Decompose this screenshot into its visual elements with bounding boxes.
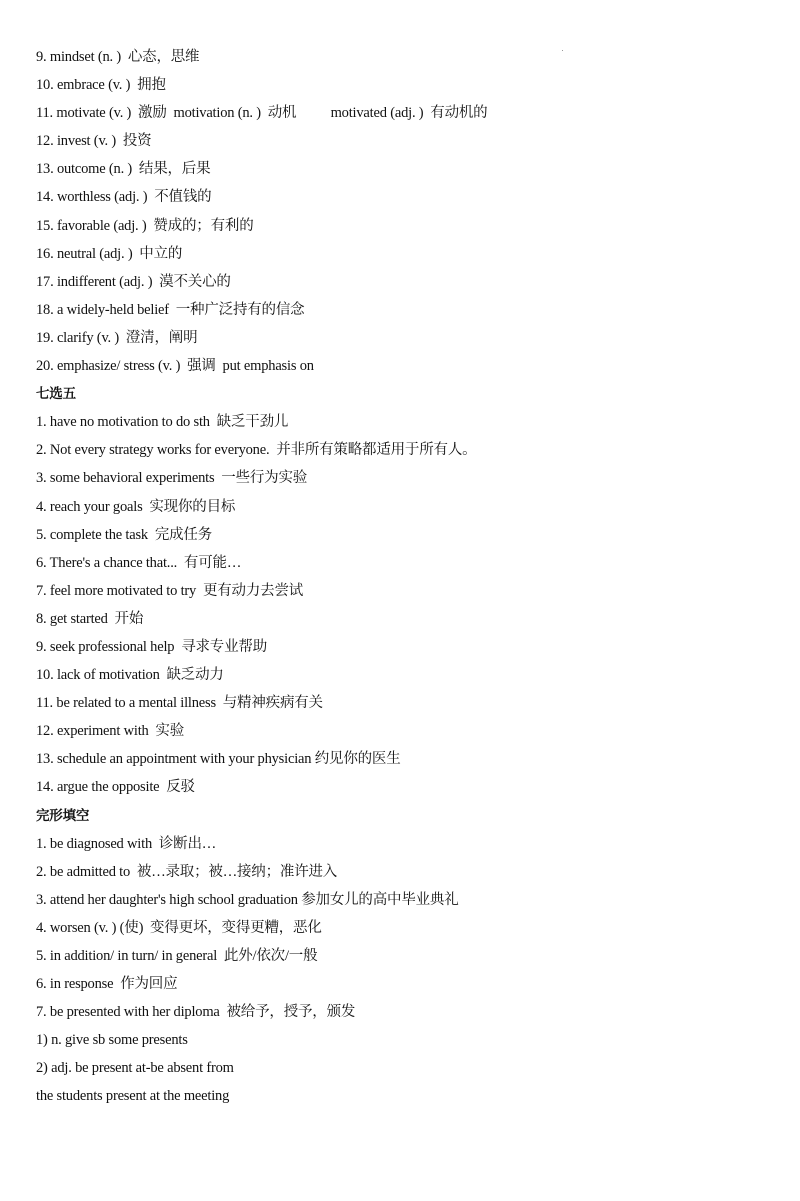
phrase-item: 6. in response 作为回应 — [36, 970, 776, 998]
phrase-item: 2. be admitted to 被…录取；被…接纳；准许进入 — [36, 858, 776, 886]
section-heading-cloze: 完形填空 — [36, 802, 776, 830]
phrase-item: 5. in addition/ in turn/ in general 此外/依… — [36, 942, 776, 970]
phrase-item: 3. some behavioral experiments 一些行为实验 — [36, 464, 776, 492]
vocab-item: 18. a widely-held belief 一种广泛持有的信念 — [36, 296, 776, 324]
phrase-item: 3. attend her daughter's high school gra… — [36, 886, 776, 914]
phrase-item: 7. feel more motivated to try 更有动力去尝试 — [36, 577, 776, 605]
sub-item: 2) adj. be present at-be absent from — [36, 1054, 776, 1082]
phrase-item: 13. schedule an appointment with your ph… — [36, 745, 776, 773]
vocab-item: 10. embrace (v. ) 拥抱 — [36, 71, 776, 99]
vocab-item: 12. invest (v. ) 投资 — [36, 127, 776, 155]
phrase-item: 1. have no motivation to do sth 缺乏干劲儿 — [36, 408, 776, 436]
vocab-item: 11. motivate (v. ) 激励 motivation (n. ) 动… — [36, 99, 776, 127]
phrase-item: 11. be related to a mental illness 与精神疾病… — [36, 689, 776, 717]
phrase-item: 4. worsen (v. ) (使) 变得更坏，变得更糟，恶化 — [36, 914, 776, 942]
vocab-item: 15. favorable (adj. ) 赞成的；有利的 — [36, 212, 776, 240]
vocab-item: 16. neutral (adj. ) 中立的 — [36, 240, 776, 268]
sub-item: 1) n. give sb some presents — [36, 1026, 776, 1054]
vocab-item: 17. indifferent (adj. ) 漠不关心的 — [36, 268, 776, 296]
vocab-item: 20. emphasize/ stress (v. ) 强调 put empha… — [36, 352, 776, 380]
phrase-item: 8. get started 开始 — [36, 605, 776, 633]
phrase-item: 10. lack of motivation 缺乏动力 — [36, 661, 776, 689]
vocab-item: 19. clarify (v. ) 澄清，阐明 — [36, 324, 776, 352]
phrase-item: 5. complete the task 完成任务 — [36, 521, 776, 549]
document-page: 9. mindset (n. ) 心态，思维 10. embrace (v. )… — [36, 43, 776, 1111]
phrase-item: 7. be presented with her diploma 被给予，授予，… — [36, 998, 776, 1026]
phrase-item: 9. seek professional help 寻求专业帮助 — [36, 633, 776, 661]
vocab-item: 13. outcome (n. ) 结果，后果 — [36, 155, 776, 183]
phrase-item: 14. argue the opposite 反驳 — [36, 773, 776, 801]
phrase-item: 1. be diagnosed with 诊断出… — [36, 830, 776, 858]
phrase-item: 6. There's a chance that... 有可能… — [36, 549, 776, 577]
section-heading-seven-five: 七选五 — [36, 380, 776, 408]
vocab-item: 9. mindset (n. ) 心态，思维 — [36, 43, 776, 71]
phrase-item: 4. reach your goals 实现你的目标 — [36, 493, 776, 521]
example-sentence: the students present at the meeting — [36, 1082, 776, 1110]
phrase-item: 12. experiment with 实验 — [36, 717, 776, 745]
phrase-item: 2. Not every strategy works for everyone… — [36, 436, 776, 464]
vocab-item: 14. worthless (adj. ) 不值钱的 — [36, 183, 776, 211]
